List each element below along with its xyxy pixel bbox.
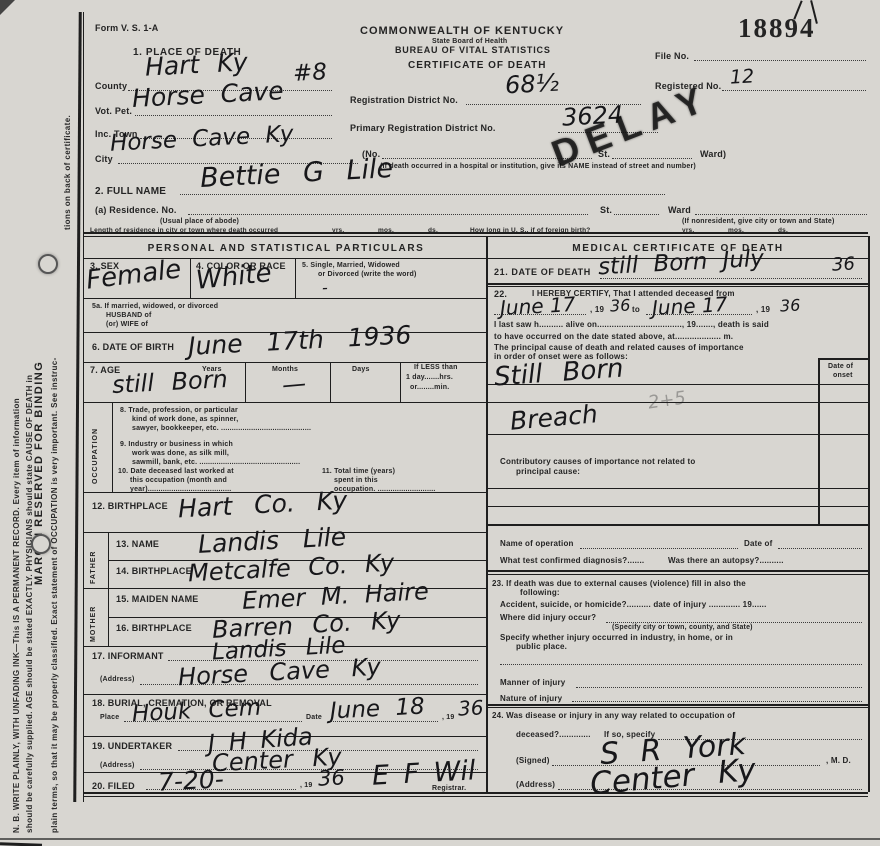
less-than-label: If LESS than — [414, 364, 458, 372]
divider-bottom-thin — [84, 796, 868, 797]
husband-label: HUSBAND of — [106, 312, 152, 320]
cell-divider — [295, 258, 296, 298]
side-cell-divider — [112, 402, 113, 492]
married-note: 5a. If married, widowed, or divorced — [92, 303, 218, 311]
cell-divider — [400, 362, 401, 402]
county-value: Hart Ky — [144, 49, 248, 79]
father-name-label: 13. NAME — [116, 540, 159, 550]
attended-from-year: 36 — [610, 297, 631, 314]
rule-line — [84, 694, 486, 695]
residence-line — [188, 214, 588, 215]
date-of-birth-label: 6. DATE OF BIRTH — [92, 343, 174, 353]
date-of-label: Date of — [744, 540, 773, 549]
rule-line — [84, 362, 486, 363]
full-name-line — [180, 194, 665, 195]
marital-value: - — [322, 280, 329, 296]
operation-label: Name of operation — [500, 540, 574, 549]
residence-st-label: St. — [600, 206, 612, 216]
bureau-label: BUREAU OF VITAL STATISTICS — [395, 46, 551, 56]
rule-line — [486, 506, 868, 507]
registration-district-label: Registration District No. — [350, 96, 458, 106]
rule-line — [486, 574, 868, 575]
nature-of-injury-line — [572, 701, 862, 702]
rule-line — [486, 707, 868, 708]
undertaker-label: 19. UNDERTAKER — [92, 742, 172, 752]
occupation-item11-line3: occupation. ........................... — [334, 486, 436, 494]
occupation-item11-line1: 11. Total time (years) — [322, 468, 395, 476]
divider-top-thin — [84, 236, 868, 237]
burial-place-label: Place — [100, 714, 119, 722]
personal-particulars-title: PERSONAL AND STATISTICAL PARTICULARS — [90, 243, 482, 254]
filed-year-value: 36 — [317, 767, 345, 789]
blank-line — [500, 664, 862, 665]
cell-divider — [330, 362, 331, 402]
days-label: Days — [352, 366, 370, 374]
manner-of-injury-line — [576, 687, 862, 688]
precinct-line — [135, 115, 332, 116]
nonresident-note: (If nonresident, give city or town and S… — [682, 218, 835, 226]
date-of-death-label: 21. DATE OF DEATH — [494, 268, 591, 278]
margin-note-line-4: tions on back of certificate. — [63, 115, 72, 230]
side-cell-divider — [108, 532, 109, 588]
date-of-onset-label-2: onset — [833, 372, 853, 380]
mos-label: mos. — [378, 227, 394, 234]
occupation-item9-line3: sawmill, bank, etc. ....................… — [132, 459, 300, 467]
wife-label: (or) WIFE of — [106, 321, 148, 329]
rule-line — [486, 286, 868, 287]
occupation-item9-line2: work was done, as silk mill, — [132, 450, 229, 458]
color-race-value: White — [195, 260, 273, 294]
margin-note-line-1: N. B. WRITE PLAINLY, WITH UNFADING INK—T… — [12, 398, 21, 833]
cause-of-death-value-2: Breach — [509, 401, 599, 434]
father-birthplace-label: 14. BIRTHPLACE — [116, 567, 192, 577]
attended-from-19: , 19 — [590, 306, 604, 315]
file-no-label: File No. — [655, 52, 689, 62]
onset-box-top — [818, 358, 869, 360]
filed-label: 20. FILED — [92, 782, 135, 792]
where-injury-label: Where did injury occur? — [500, 614, 596, 623]
city-ward-label: Ward) — [700, 150, 726, 160]
date-of-death-value: still Born July — [598, 248, 765, 280]
residence-st-line — [614, 214, 659, 215]
mother-maiden-name-label: 15. MAIDEN NAME — [116, 595, 199, 605]
precinct-extra-value: #8 — [292, 61, 327, 86]
autopsy-label: Was there an autopsy?.......... — [668, 557, 784, 566]
rule-line — [486, 434, 868, 435]
attended-from-value: June 17 — [500, 294, 576, 318]
date-of-birth-value: June 17th 1936 — [187, 322, 411, 359]
form-left-border-inner — [83, 12, 84, 802]
ds-label: ds. — [778, 227, 788, 234]
yrs-label: yrs. — [682, 227, 694, 234]
date-of-line — [778, 548, 862, 549]
county-label: County — [95, 82, 127, 92]
yrs-label: yrs. — [332, 227, 344, 234]
burial-date-label: Date — [306, 714, 322, 722]
contributory-label-1: Contributory causes of importance not re… — [500, 458, 695, 467]
item23-line2: following: — [520, 589, 560, 598]
physician-address-label: (Address) — [516, 781, 555, 790]
length-note: Length of residence in city or town wher… — [90, 227, 278, 234]
last-saw-line: I last saw h.......... alive on.........… — [494, 321, 769, 330]
birthplace-label: 12. BIRTHPLACE — [92, 502, 168, 512]
burial-date-value: June 18 — [329, 696, 425, 724]
filed-value: 7-20- — [157, 766, 224, 794]
age-dash-mark: — — [281, 371, 307, 397]
onset-box-left — [818, 358, 820, 524]
occupation-item8-line3: sawyer, bookkeeper, etc. ...............… — [132, 425, 311, 433]
age-value: still Born — [111, 367, 228, 397]
occurred-line: to have occurred on the date stated abov… — [494, 333, 733, 342]
deceased-question-label: deceased?............. — [516, 731, 591, 740]
mos-label: mos. — [728, 227, 744, 234]
rule-line — [486, 488, 868, 489]
where-injury-line — [606, 622, 862, 623]
occupation-side-label: OCCUPATION — [92, 412, 100, 484]
occupation-item9-line1: 9. Industry or business in which — [120, 441, 233, 449]
date-of-onset-label-1: Date of — [828, 363, 853, 371]
mother-side-label: MOTHER — [90, 596, 98, 642]
signed-label: (Signed) — [516, 757, 550, 766]
nature-of-injury-label: Nature of injury — [500, 695, 562, 704]
burial-year-19: , 19 — [442, 714, 454, 722]
mother-birthplace-label: 16. BIRTHPLACE — [116, 624, 192, 634]
form-right-border — [868, 236, 870, 792]
precinct-label: Vot. Pet. — [95, 107, 132, 117]
informant-address-label: (Address) — [100, 676, 134, 684]
rule-line — [84, 298, 486, 299]
side-cell-divider — [108, 588, 109, 646]
contributory-label-2: principal cause: — [516, 468, 580, 477]
abode-note: (Usual place of abode) — [160, 218, 239, 226]
form-left-border — [73, 12, 82, 802]
test-confirmed-label: What test confirmed diagnosis?....... — [500, 557, 644, 566]
pencil-mark: 2+5 — [647, 389, 687, 412]
marital-label: 5. Single, Married, Widowed — [302, 262, 400, 270]
residence-ward-label: Ward — [668, 206, 691, 216]
occupation-item10-line2: this occupation (month and — [130, 477, 227, 485]
full-name-value: Bettie G Lile — [199, 155, 393, 192]
rule-line — [486, 524, 868, 526]
registrar-label: Registrar. — [432, 785, 466, 793]
operation-line — [580, 548, 738, 549]
certificate-number-stamp: 18894 — [738, 14, 816, 44]
specify-city-note: (Specify city or town, county, and State… — [612, 624, 753, 632]
undertaker-address-label: (Address) — [100, 762, 134, 770]
margin-note-line-3: plain terms, so that it may be properly … — [50, 357, 59, 833]
md-label: , M. D. — [826, 757, 851, 766]
rule-line — [486, 570, 868, 572]
residence-label: (a) Residence. No. — [95, 206, 177, 216]
cell-divider — [245, 362, 246, 402]
manner-of-injury-label: Manner of injury — [500, 679, 565, 688]
scan-corner-mark — [0, 0, 15, 15]
burial-year-value: 36 — [457, 697, 483, 718]
how-long-note: How long in U. S., if of foreign birth? — [470, 227, 590, 234]
specify-line2: public place. — [516, 643, 567, 652]
rule-line — [84, 402, 486, 403]
scan-bottom-edge — [0, 838, 880, 840]
rule-line — [486, 704, 868, 706]
father-side-label: FATHER — [90, 540, 98, 584]
scan-bottom-corner-mark — [0, 842, 42, 846]
cause-of-death-value-1: Still Born — [493, 356, 624, 391]
item24-line: 24. Was disease or injury in any way rel… — [492, 712, 735, 721]
primary-district-label: Primary Registration District No. — [350, 124, 496, 134]
registration-district-value: 68½ — [504, 71, 559, 98]
form-number: Form V. S. 1-A — [95, 24, 158, 34]
occupation-item11-line2: spent in this — [334, 477, 378, 485]
to-label: to — [632, 306, 640, 315]
less-than-hrs: 1 day.......hrs. — [406, 374, 453, 382]
full-name-label: 2. FULL NAME — [95, 186, 166, 197]
mother-maiden-name-value: Emer M. Haire — [241, 579, 429, 613]
punch-hole-bottom — [31, 534, 51, 554]
registered-no-value: 12 — [730, 67, 755, 87]
city-st-line — [612, 158, 692, 159]
cell-divider — [190, 258, 191, 298]
date-of-death-year: 36 — [832, 255, 856, 274]
registered-no-line — [722, 90, 866, 91]
accident-line: Accident, suicide, or homicide?.........… — [500, 601, 767, 610]
punch-hole-top — [38, 254, 58, 274]
marital-label-2: or Divorced (write the word) — [318, 271, 417, 279]
attended-to-19: , 19 — [756, 306, 770, 315]
rule-line — [486, 283, 868, 285]
occupation-item10-line1: 10. Date deceased last worked at — [118, 468, 234, 476]
attended-to-value: June 17 — [652, 294, 728, 318]
filed-year-19: , 19 — [300, 782, 312, 790]
death-certificate-scan: N. B. WRITE PLAINLY, WITH UNFADING INK—T… — [0, 0, 880, 846]
precinct-value: Horse Cave — [131, 78, 284, 111]
less-than-min: or........min. — [410, 384, 449, 392]
attended-to-year: 36 — [780, 297, 801, 314]
birthplace-value: Hart Co. Ky — [177, 488, 347, 522]
informant-label: 17. INFORMANT — [92, 652, 164, 662]
hospital-note: (If death occurred in a hospital or inst… — [380, 163, 696, 171]
ds-label: ds. — [428, 227, 438, 234]
occupation-item8-line1: 8. Trade, profession, or particular — [120, 407, 238, 415]
delay-stamp: DELAY — [546, 76, 717, 175]
column-divider — [486, 236, 488, 792]
occupation-item8-line2: kind of work done, as spinner, — [132, 416, 238, 424]
commonwealth-title: COMMONWEALTH OF KENTUCKY — [360, 25, 564, 37]
file-no-line — [694, 60, 866, 61]
residence-ward-line — [695, 214, 867, 215]
